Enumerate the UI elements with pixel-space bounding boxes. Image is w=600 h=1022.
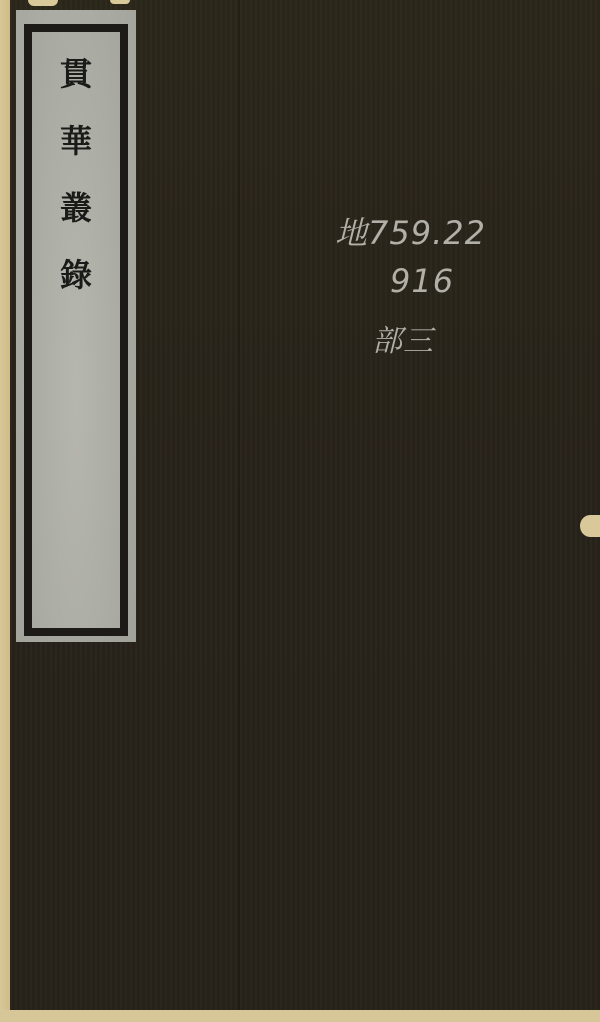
title-char: 錄: [60, 255, 92, 322]
title-label: 貫 華 叢 錄: [16, 10, 136, 642]
page-edge-bottom: [0, 1010, 600, 1022]
cover-wear: [110, 0, 130, 4]
cover-tear: [580, 515, 600, 537]
title-char: 貫: [60, 54, 92, 121]
title-char: 叢: [60, 188, 92, 255]
book-title: 貫 華 叢 錄: [32, 54, 120, 322]
shelf-mark-line3: 部三: [372, 316, 434, 360]
cover-wear: [28, 0, 58, 6]
title-char: 華: [60, 121, 92, 188]
cover-crease: [238, 0, 240, 1010]
shelf-mark-line1: 地759.22: [335, 208, 486, 254]
shelf-mark-line2: 916: [390, 262, 454, 300]
title-frame: 貫 華 叢 錄: [24, 24, 128, 636]
